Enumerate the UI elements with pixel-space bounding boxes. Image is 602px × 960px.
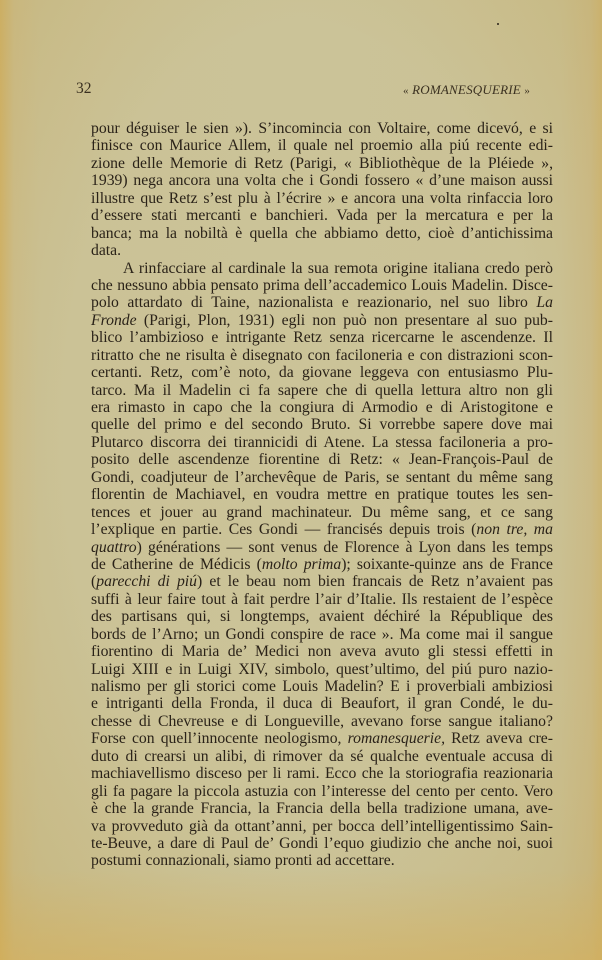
text-line: tences et jouer au grand machinateur. Du… xyxy=(91,504,553,521)
text-line: l’explique en partie. Ces Gondi — franci… xyxy=(91,521,553,538)
text-line: suffi à leur faire tout à fait perdre l’… xyxy=(91,591,553,608)
text-line: Gondi, coadjuteur de l’archevêque de Par… xyxy=(91,469,553,486)
text-run: Gondi, coadjuteur de l’archevêque de Par… xyxy=(91,469,553,486)
text-line: pour déguiser le sien »). S’incomincia c… xyxy=(91,120,553,137)
text-run: ) et le beau nom bien francais de Retz n… xyxy=(197,573,553,590)
text-line: blico l’ambizioso e intrigante Retz senz… xyxy=(91,329,553,346)
text-run: florentin de Machiavel, en voudra mettre… xyxy=(91,486,553,503)
paper-bottom-tint xyxy=(0,870,602,960)
text-line: illustre que Retz s’est plu à l’écrire »… xyxy=(91,190,553,207)
running-head-open-quote: « xyxy=(403,85,409,97)
text-run: d’essere stati mercanti e banchieri. Vad… xyxy=(91,207,553,224)
italic-text: romanesquerie, xyxy=(348,730,445,747)
text-run: postumi connazionali, siamo pronti ad ac… xyxy=(91,852,395,869)
text-run: de Catherine de Médicis ( xyxy=(91,556,262,573)
text-line: A rinfacciare al cardinale la sua remota… xyxy=(91,260,553,277)
text-line: fiorentino di Maria de’ Medici non aveva… xyxy=(91,643,553,660)
text-line: finisce con Maurice Allem, il quale nel … xyxy=(91,137,553,154)
text-line: bords de l’Arno; un Gondi conspire de ra… xyxy=(91,626,553,643)
text-line: Forse con quell’innocente neologismo, ro… xyxy=(91,730,553,747)
text-line: Plutarco discorra dei tirannicidi di Ate… xyxy=(91,434,553,451)
text-line: machiavellismo disceso per li rami. Ecco… xyxy=(91,765,553,782)
text-run: duto di crearsi un alibi, di rimover da … xyxy=(91,748,553,765)
text-run: pour déguiser le sien »). S’incomincia c… xyxy=(91,120,553,137)
running-head-close-quote: » xyxy=(524,85,530,97)
text-run: bords de l’Arno; un Gondi conspire de ra… xyxy=(91,626,553,643)
text-run: posito delle ascendenze fiorentine di Re… xyxy=(91,451,553,468)
text-run: banca; ma la nobiltà è quella che abbiam… xyxy=(91,225,553,242)
text-line: banca; ma la nobiltà è quella che abbiam… xyxy=(91,225,553,242)
text-run: Plutarco discorra dei tirannicidi di Ate… xyxy=(91,434,553,451)
text-run: (Parigi, Plon, 1931) egli non può non pr… xyxy=(137,312,553,329)
text-run: zione delle Memorie di Retz (Parigi, « B… xyxy=(91,155,553,172)
text-run: finisce con Maurice Allem, il quale nel … xyxy=(91,137,553,154)
text-run: gli fa pagare la piccola astuzia con l’i… xyxy=(91,783,553,800)
text-run: ritratto che ne risulta è disegnato con … xyxy=(91,347,553,364)
text-line: quattro) générations — sont venus de Flo… xyxy=(91,539,553,556)
text-line: ritratto che ne risulta è disegnato con … xyxy=(91,347,553,364)
italic-text: Fronde xyxy=(91,312,137,329)
text-run: blico l’ambizioso e intrigante Retz senz… xyxy=(91,329,553,346)
text-line: tarco. Ma il Madelin ci fa sapere che di… xyxy=(91,382,553,399)
text-line: gli fa pagare la piccola astuzia con l’i… xyxy=(91,783,553,800)
text-run: tences et jouer au grand machinateur. Du… xyxy=(91,504,553,521)
running-head: « ROMANESQUERIE » xyxy=(403,82,530,98)
text-line: d’essere stati mercanti e banchieri. Vad… xyxy=(91,207,553,224)
italic-text: parecchi di piú xyxy=(96,573,197,590)
text-run: suffi à leur faire tout à fait perdre l’… xyxy=(91,591,553,608)
text-line: posito delle ascendenze fiorentine di Re… xyxy=(91,451,553,468)
text-run: polo attardato di Taine, nazionalista e … xyxy=(91,294,536,311)
text-run: machiavellismo disceso per li rami. Ecco… xyxy=(91,765,553,782)
text-run: illustre que Retz s’est plu à l’écrire »… xyxy=(91,190,553,207)
text-line: postumi connazionali, siamo pronti ad ac… xyxy=(91,852,553,869)
text-line: è che la grande Francia, la Francia dell… xyxy=(91,800,553,817)
text-run: te-Beuve, a dare di Paul de’ Gondi l’equ… xyxy=(91,835,553,852)
text-run: des partisans qui, si longtemps, avaient… xyxy=(91,608,553,625)
text-run: che nessuno abbia pensato prima dell’acc… xyxy=(91,277,553,294)
text-line: era rimasto in capo che la congiura di A… xyxy=(91,399,553,416)
text-run: era rimasto in capo che la congiura di A… xyxy=(91,399,553,416)
text-line: florentin de Machiavel, en voudra mettre… xyxy=(91,486,553,503)
text-line: polo attardato di Taine, nazionalista e … xyxy=(91,294,553,311)
text-run: data. xyxy=(91,242,121,259)
text-line: quelle del primo e del secondo Bruto. Si… xyxy=(91,416,553,433)
page-header: 32 « ROMANESQUERIE » xyxy=(0,80,602,100)
text-run: Luigi XIII e in Luigi XIV, simbolo, ques… xyxy=(91,661,553,678)
text-line: zione delle Memorie di Retz (Parigi, « B… xyxy=(91,155,553,172)
text-line: Luigi XIII e in Luigi XIV, simbolo, ques… xyxy=(91,661,553,678)
text-run: Retz aveva cre- xyxy=(445,730,553,747)
text-run: ) générations — sont venus de Florence à… xyxy=(137,539,553,556)
text-line: data. xyxy=(91,242,553,259)
text-run: e intriganti della Fronda, il duca di Be… xyxy=(91,695,553,712)
italic-text: quattro xyxy=(91,539,137,556)
text-run: 1939) nega ancora una volta che i Gondi … xyxy=(91,172,553,189)
text-run: tarco. Ma il Madelin ci fa sapere che di… xyxy=(91,382,553,399)
text-run: nalismo per gli storici come Louis Madel… xyxy=(91,678,553,695)
text-line: duto di crearsi un alibi, di rimover da … xyxy=(91,748,553,765)
running-head-title: ROMANESQUERIE xyxy=(412,82,521,97)
paper-speck xyxy=(497,23,499,25)
text-run: va provveduto già da ottant’anni, per bo… xyxy=(91,818,553,835)
text-run: ); soixante-quinze ans de France xyxy=(341,556,553,573)
page-number: 32 xyxy=(76,80,92,98)
text-run: l’explique en partie. Ces Gondi — franci… xyxy=(91,521,476,538)
text-line: nalismo per gli storici come Louis Madel… xyxy=(91,678,553,695)
text-run: è che la grande Francia, la Francia dell… xyxy=(91,800,553,817)
text-run: chesse di Chevreuse e di Longueville, av… xyxy=(91,713,553,730)
text-run: certanti. Retz, com’è noto, da giovane l… xyxy=(91,364,553,381)
text-line: che nessuno abbia pensato prima dell’acc… xyxy=(91,277,553,294)
text-line: Fronde (Parigi, Plon, 1931) egli non può… xyxy=(91,312,553,329)
text-line: de Catherine de Médicis (molto prima); s… xyxy=(91,556,553,573)
body-text: pour déguiser le sien »). S’incomincia c… xyxy=(91,120,553,870)
italic-text: La xyxy=(536,294,553,311)
italic-text: molto prima xyxy=(262,556,341,573)
text-run: Forse con quell’innocente neologismo, xyxy=(91,730,348,747)
text-run: quelle del primo e del secondo Bruto. Si… xyxy=(91,416,553,433)
text-line: te-Beuve, a dare di Paul de’ Gondi l’equ… xyxy=(91,835,553,852)
text-line: (parecchi di piú) et le beau nom bien fr… xyxy=(91,573,553,590)
text-run: A rinfacciare al cardinale la sua remota… xyxy=(123,260,553,277)
text-run: fiorentino di Maria de’ Medici non aveva… xyxy=(91,643,553,660)
text-line: e intriganti della Fronda, il duca di Be… xyxy=(91,695,553,712)
text-line: des partisans qui, si longtemps, avaient… xyxy=(91,608,553,625)
text-line: certanti. Retz, com’è noto, da giovane l… xyxy=(91,364,553,381)
text-line: va provveduto già da ottant’anni, per bo… xyxy=(91,818,553,835)
text-line: chesse di Chevreuse e di Longueville, av… xyxy=(91,713,553,730)
italic-text: non tre, ma xyxy=(476,521,553,538)
text-line: 1939) nega ancora una volta che i Gondi … xyxy=(91,172,553,189)
